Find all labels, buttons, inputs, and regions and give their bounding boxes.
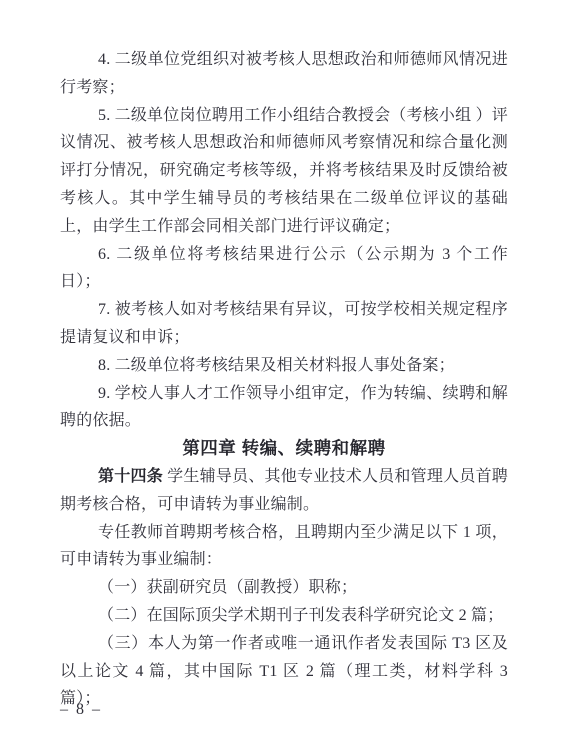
paragraph: 4. 二级单位党组织对被考核人思想政治和师德师风情况进行考察； bbox=[60, 46, 508, 102]
paragraph: 9. 学校人事人才工作领导小组审定，作为转编、续聘和解聘的依据。 bbox=[60, 380, 508, 436]
paragraph: （二）在国际顶尖学术期刊子刊发表科学研究论文 2 篇； bbox=[60, 602, 508, 630]
paragraph: （一）获副研究员（副教授）职称； bbox=[60, 574, 508, 602]
page-number: – 8 – bbox=[60, 701, 102, 719]
chapter-heading: 第四章 转编、续聘和解聘 bbox=[60, 435, 508, 463]
paragraph: 第十四条 学生辅导员、其他专业技术人员和管理人员首聘期考核合格，可申请转为事业编… bbox=[60, 463, 508, 519]
document-body: 4. 二级单位党组织对被考核人思想政治和师德师风情况进行考察；5. 二级单位岗位… bbox=[60, 46, 508, 713]
paragraph: 专任教师首聘期考核合格，且聘期内至少满足以下 1 项，可申请转为事业编制： bbox=[60, 519, 508, 575]
paragraph: 6. 二级单位将考核结果进行公示（公示期为 3 个工作日）； bbox=[60, 241, 508, 297]
document-page: 4. 二级单位党组织对被考核人思想政治和师德师风情况进行考察；5. 二级单位岗位… bbox=[0, 0, 570, 740]
paragraph: 5. 二级单位岗位聘用工作小组结合教授会（考核小组 ）评议情况、被考核人思想政治… bbox=[60, 102, 508, 241]
paragraph: （三）本人为第一作者或唯一通讯作者发表国际 T3 区及以上论文 4 篇，其中国际… bbox=[60, 630, 508, 713]
article-number: 第十四条 bbox=[98, 468, 163, 485]
paragraph: 7. 被考核人如对考核结果有异议，可按学校相关规定程序提请复议和申诉； bbox=[60, 296, 508, 352]
paragraph: 8. 二级单位将考核结果及相关材料报人事处备案； bbox=[60, 352, 508, 380]
